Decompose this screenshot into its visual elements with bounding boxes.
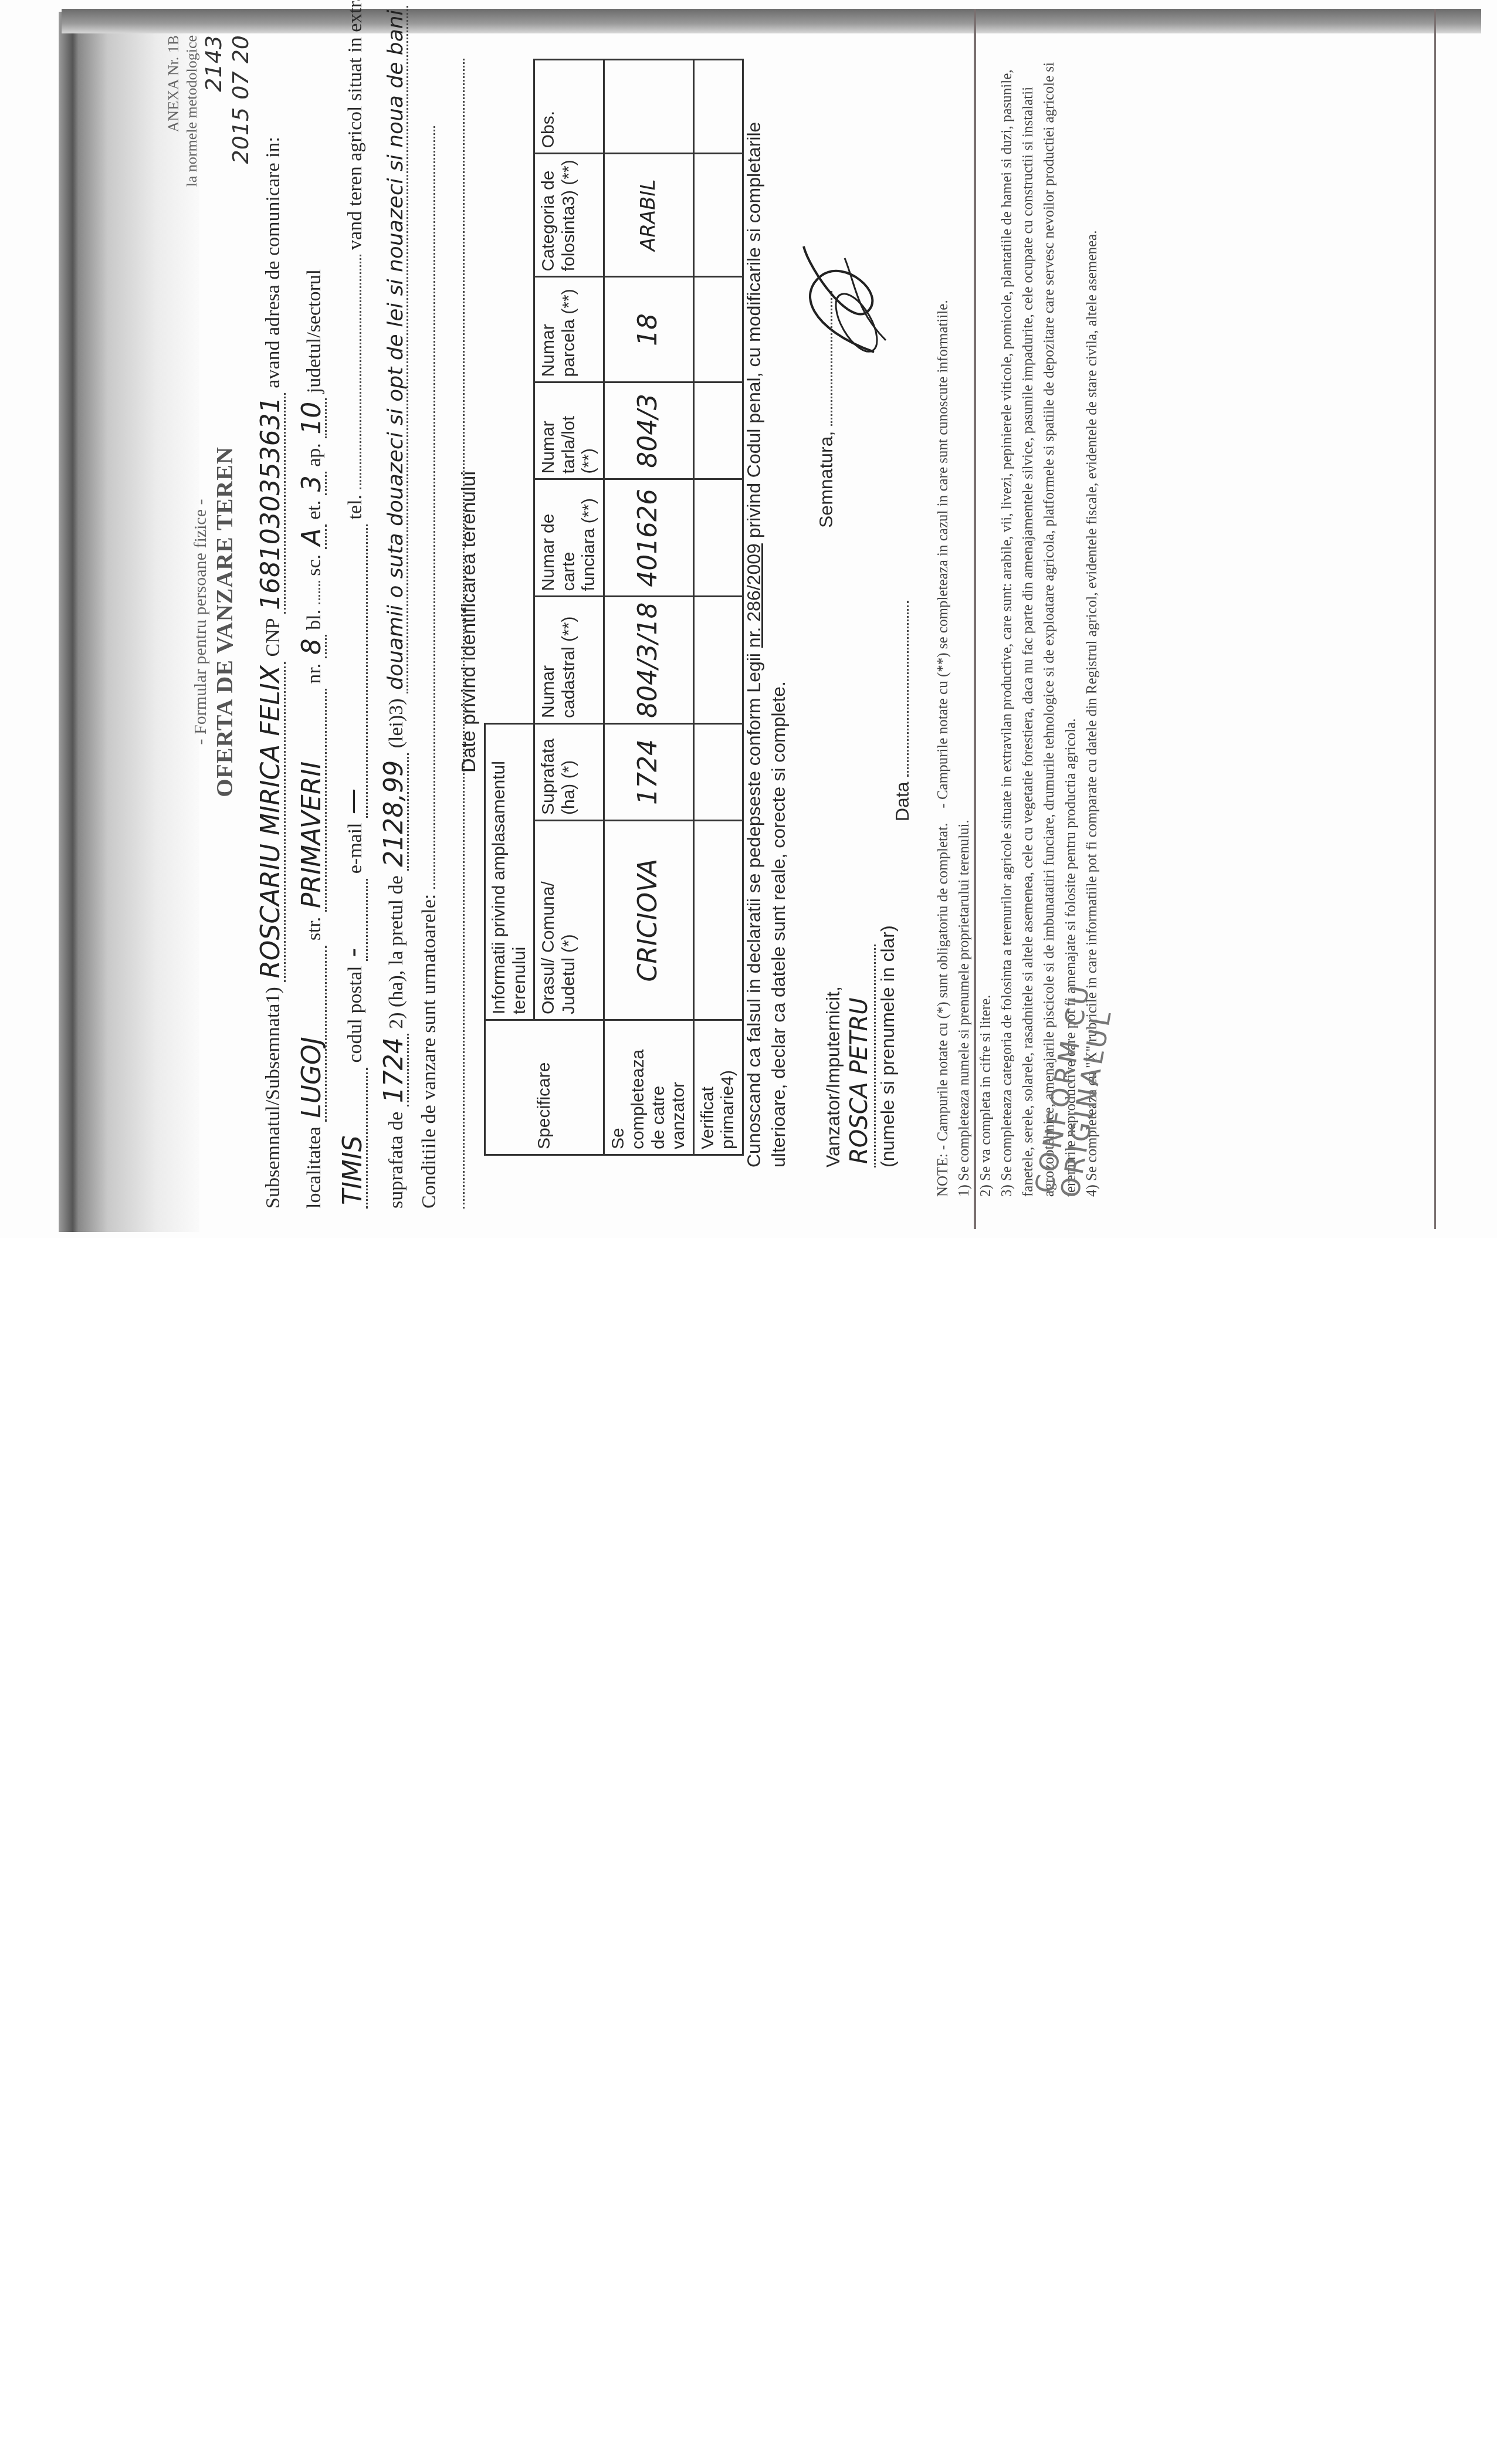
seller-label: Vanzator/Imputernicit,: [821, 925, 845, 1167]
cell-carte-funciara[interactable]: 401626: [604, 479, 693, 597]
signature-label: Semnatura,: [815, 431, 836, 528]
scanned-page: ANEXA Nr. 1B la normele metodologice 214…: [0, 0, 1497, 1238]
contact-line: TIMIS codul postal - e-mail — tel. vand …: [340, 23, 368, 1209]
table-row: Verificat primarie4): [693, 60, 743, 1155]
col-header-categorie: Categoria de folosinta3) (**): [534, 154, 604, 277]
footnote-1: 1) Se completeaza numele si prenumele pr…: [954, 23, 975, 1197]
ha-label: 2) (ha), la pretul de: [385, 875, 407, 1029]
law-reference: nr. 286/2009: [743, 543, 764, 648]
et-field[interactable]: 3: [297, 475, 327, 492]
form-header: - Formular pentru persoane fizice - OFER…: [191, 12, 238, 1232]
form-title: OFERTA DE VANZARE TEREN: [211, 12, 238, 1232]
cell-categorie[interactable]: ARABIL: [604, 154, 693, 277]
cell-verif-suprafata[interactable]: [693, 724, 743, 821]
cell-verif-carte-funciara[interactable]: [693, 479, 743, 597]
str-label: str.: [303, 917, 325, 941]
cell-verif-cadastral[interactable]: [693, 597, 743, 724]
declaration-before: Cunoscand ca falsul in declaratii se ped…: [743, 653, 764, 1167]
cell-obs[interactable]: [604, 60, 693, 154]
seller-block: Vanzator/Imputernicit, ROSCA PETRU (nume…: [821, 925, 899, 1167]
note-mandatory: - Campurile notate cu (*) sunt obligator…: [935, 823, 951, 1150]
cell-suprafata[interactable]: 1724: [604, 724, 693, 821]
col-header-suprafata: Suprafata (ha) (*): [534, 724, 604, 821]
cell-verif-localitate[interactable]: [693, 821, 743, 1020]
codul-postal-label: codul postal: [344, 966, 366, 1062]
group-header-amplasament: Informatii privind amplasamentul terenul…: [485, 724, 534, 1020]
col-header-parcela: Numar parcela (**): [534, 277, 604, 383]
handwritten-signature-icon: [786, 235, 903, 364]
cell-tarla[interactable]: 804/3: [604, 383, 693, 479]
group-header-spacer: [485, 60, 534, 724]
conditii-label: Conditiile de vanzare sunt urmatoarele:: [418, 894, 440, 1209]
cell-verif-obs[interactable]: [693, 60, 743, 154]
price-line: suprafata de 1724 2) (ha), la pretul de …: [381, 23, 409, 1209]
cell-verif-categorie[interactable]: [693, 154, 743, 277]
localitatea-label: localitatea: [303, 1126, 325, 1209]
form-subtitle: - Formular pentru persoane fizice -: [191, 12, 211, 1232]
col-header-carte-funciara: Numar de carte funciara (**): [534, 479, 604, 597]
lei-label: (lei)3): [385, 698, 407, 748]
owner-name-field[interactable]: ROSCARIU MIRICA FELIX: [256, 665, 286, 979]
ap-label: ap.: [303, 443, 325, 467]
annex-label: ANEXA Nr. 1B: [164, 35, 182, 188]
bl-label: bl.: [303, 610, 325, 630]
vand-text: vand teren agricol situat in extravilan,…: [344, 0, 366, 250]
notes-heading: NOTE:: [935, 1153, 951, 1197]
rotated-form: ANEXA Nr. 1B la normele metodologice 214…: [158, 12, 1472, 1232]
col-header-specificare: Specificare: [485, 1020, 604, 1155]
localitatea-field[interactable]: LUGOJ: [297, 1037, 327, 1118]
date-block: Data: [892, 601, 913, 821]
price-field[interactable]: 2128,99: [379, 760, 409, 867]
judet-field[interactable]: TIMIS: [338, 1135, 368, 1205]
area-field[interactable]: 1724: [379, 1037, 409, 1103]
row-label-vanzator: Se completeaza de catre vanzator: [604, 1020, 693, 1155]
date-field[interactable]: [907, 601, 909, 777]
address-line: localitatea LUGOJ str. PRIMAVERII nr. 8 …: [299, 23, 327, 1209]
nr-label: nr.: [303, 664, 325, 684]
street-field[interactable]: PRIMAVERII: [297, 761, 327, 908]
cell-cadastral[interactable]: 804/3/18: [604, 597, 693, 724]
postal-code-field[interactable]: -: [338, 948, 368, 957]
subsemnatul-label: Subsemnatul/Subsemnata1): [262, 987, 284, 1209]
et-label: et.: [303, 500, 325, 520]
conditions-line: Conditiile de vanzare sunt urmatoarele:: [419, 23, 439, 1209]
name-line: Subsemnatul/Subsemnata1) ROSCARIU MIRICA…: [258, 23, 286, 1209]
row-label-primarie: Verificat primarie4): [693, 1020, 743, 1155]
seller-name-field[interactable]: ROSCA PETRU: [846, 997, 873, 1164]
col-header-tarla: Numar tarla/lot (**): [534, 383, 604, 479]
declaration: Cunoscand ca falsul in declaratii se ped…: [742, 53, 791, 1167]
tel-label: tel.: [344, 495, 366, 519]
seller-hint: (numele si prenumele in clar): [876, 925, 899, 1167]
cell-verif-parcela[interactable]: [693, 277, 743, 383]
table-caption: Date privind identificarea terenului: [458, 12, 480, 1232]
email-label: e-mail: [344, 823, 366, 874]
nr-field[interactable]: 8: [297, 638, 327, 655]
col-header-cadastral: Numar cadastral (**): [534, 597, 604, 724]
cnp-label: CNP: [262, 619, 284, 657]
cell-localitate[interactable]: CRICIOVA: [604, 821, 693, 1020]
email-field[interactable]: —: [338, 788, 368, 814]
sc-field[interactable]: A: [297, 528, 327, 546]
note-optional: - Campurile notate cu (**) se completeaz…: [935, 300, 951, 808]
ap-field[interactable]: 10: [297, 402, 327, 435]
col-header-localitate: Orasul/ Comuna/ Judetul (*): [534, 821, 604, 1020]
cell-parcela[interactable]: 18: [604, 277, 693, 383]
sc-label: sc.: [303, 554, 325, 576]
table-row: Se completeaza de catre vanzator CRICIOV…: [604, 60, 693, 1155]
suprafata-label: suprafata de: [385, 1112, 407, 1209]
judet-label: judetul/sectorul: [303, 269, 325, 394]
cell-verif-tarla[interactable]: [693, 383, 743, 479]
price-words-field[interactable]: douamii o suta douazeci si opt de lei si…: [384, 9, 408, 689]
col-header-obs: Obs.: [534, 60, 604, 154]
land-identification-table: Specificare Informatii privind amplasame…: [484, 59, 744, 1156]
cnp-field[interactable]: 1681030353631: [256, 397, 286, 610]
date-label: Data: [892, 781, 913, 821]
address-label: avand adresa de comunicare in:: [262, 137, 284, 388]
footnote-2: 2) Se va completa in cifre si litere.: [976, 23, 997, 1197]
